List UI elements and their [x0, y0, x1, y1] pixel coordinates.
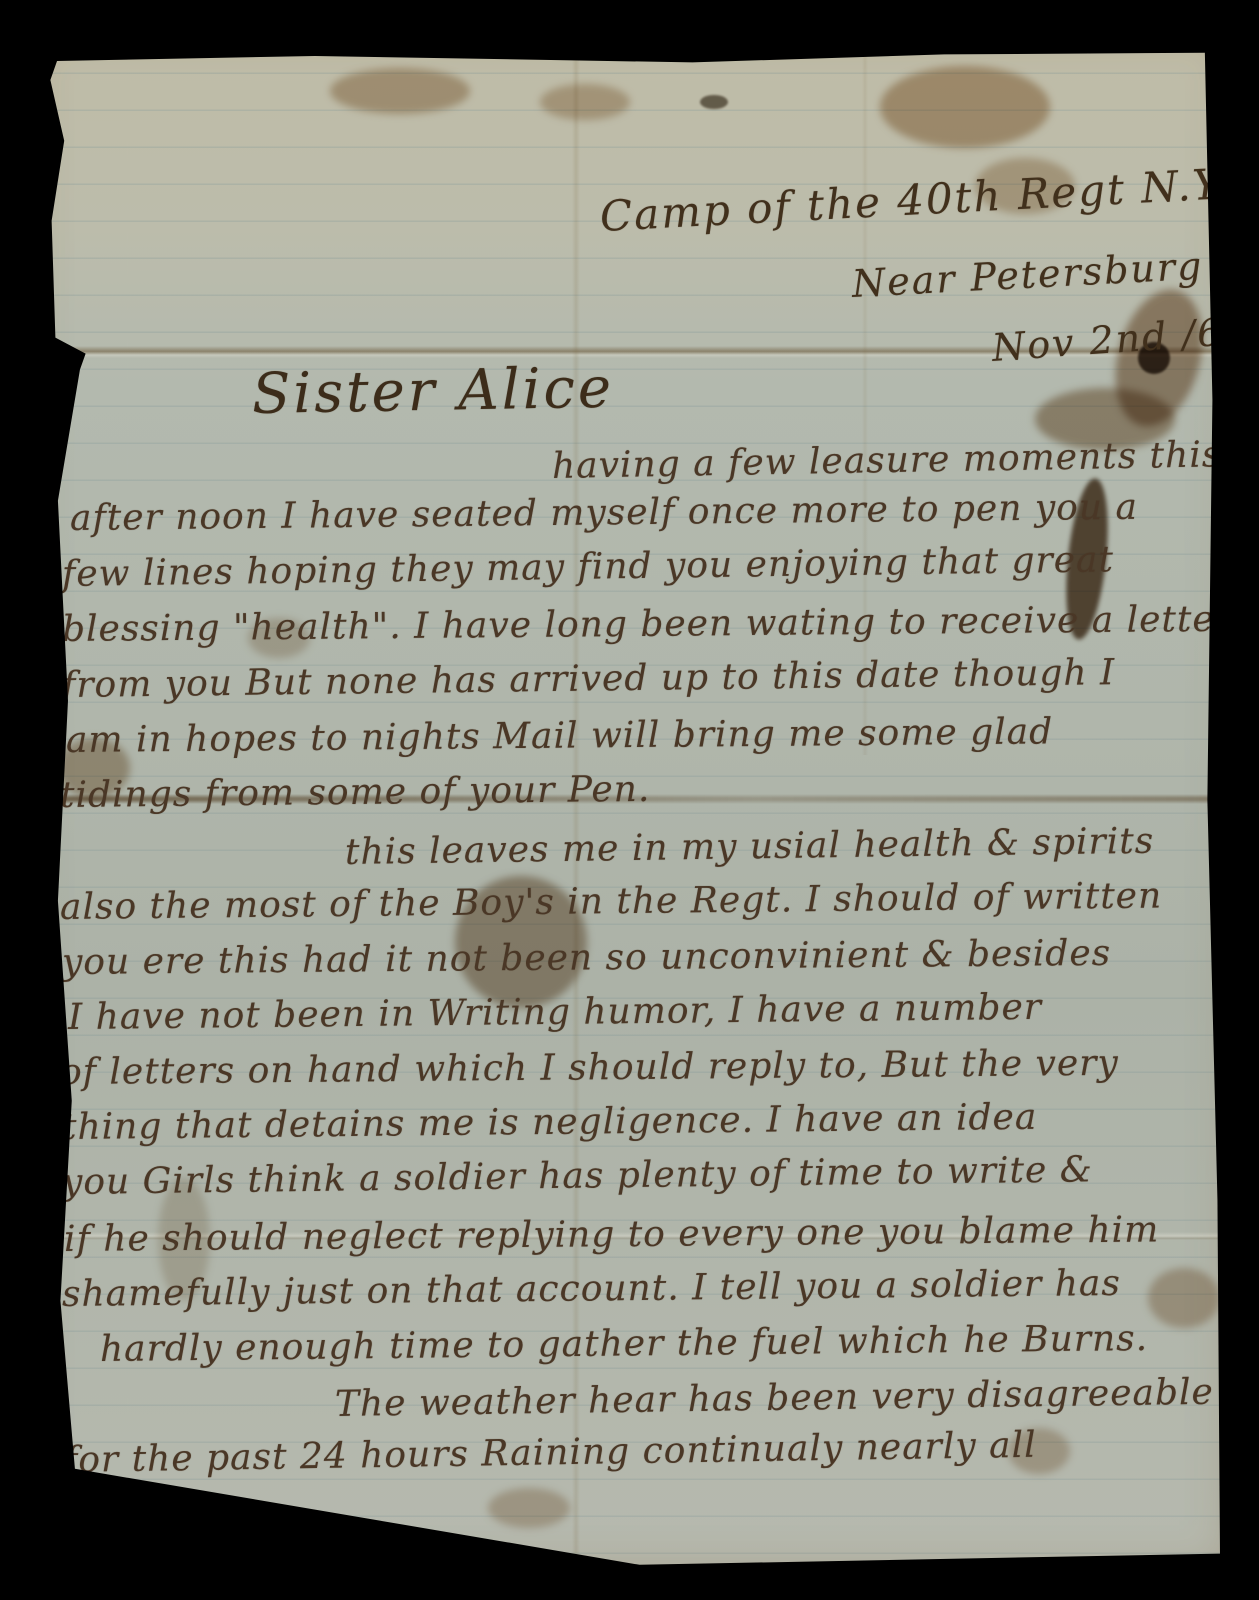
ink-mark [700, 95, 728, 109]
photo-of-letter: Camp of the 40th Regt N.Y.V. Near Peters… [0, 0, 1259, 1600]
letter-body-line: thing that detains me is negligence. I h… [62, 1097, 1038, 1148]
letter-body-line: you Girls think a soldier has plenty of … [62, 1149, 1093, 1203]
letter-body-line: from you But none has arrived up to this… [62, 652, 1116, 706]
letter-body-line: having a few leasure moments this [552, 434, 1222, 487]
letter-body-line: blessing "health". I have long been wati… [62, 599, 1233, 650]
stain [330, 68, 470, 114]
stain [880, 66, 1050, 148]
letter-heading-place: Near Petersburg Va [851, 240, 1259, 306]
letter-body-line: for the past 24 hours Raining continualy… [64, 1425, 1037, 1481]
letter-body-line: few lines hoping they may find you enjoy… [62, 539, 1115, 595]
letter-body-line: shamefully just on that account. I tell … [62, 1263, 1121, 1315]
letter-body-line: if he should neglect replying to every o… [64, 1209, 1160, 1260]
letter-heading-camp: Camp of the 40th Regt N.Y.V. [599, 157, 1259, 241]
stain [1148, 1268, 1220, 1328]
letter-body-line: of letters on hand which I should reply … [60, 1043, 1119, 1093]
letter-body-line: after noon I have seated myself once mor… [70, 487, 1138, 539]
letter-body-line: I have not been in Writing humor, I have… [68, 987, 1042, 1038]
fold-crease-vertical-faint [862, 55, 868, 755]
letter-body-line: this leaves me in my usial health & spir… [345, 821, 1155, 873]
letter-body-line: tidings from some of your Pen. [60, 769, 651, 816]
letter-salutation: Sister Alice [251, 356, 614, 427]
letter-page: Camp of the 40th Regt N.Y.V. Near Peters… [0, 0, 1259, 1600]
stain [540, 84, 630, 120]
letter-body-line: also the most of the Boy's in the Regt. … [60, 875, 1163, 928]
stain [488, 1488, 570, 1528]
letter-body-line: The weather hear has been very disagreea… [335, 1372, 1214, 1425]
letter-body-line: you ere this had it not been so unconvin… [62, 933, 1112, 983]
letter-body-line: am in hopes to nights Mail will bring me… [66, 711, 1054, 761]
letter-heading-date: Nov 2nd /64 [990, 308, 1250, 370]
letter-body-line: hardly enough time to gather the fuel wh… [100, 1318, 1149, 1370]
